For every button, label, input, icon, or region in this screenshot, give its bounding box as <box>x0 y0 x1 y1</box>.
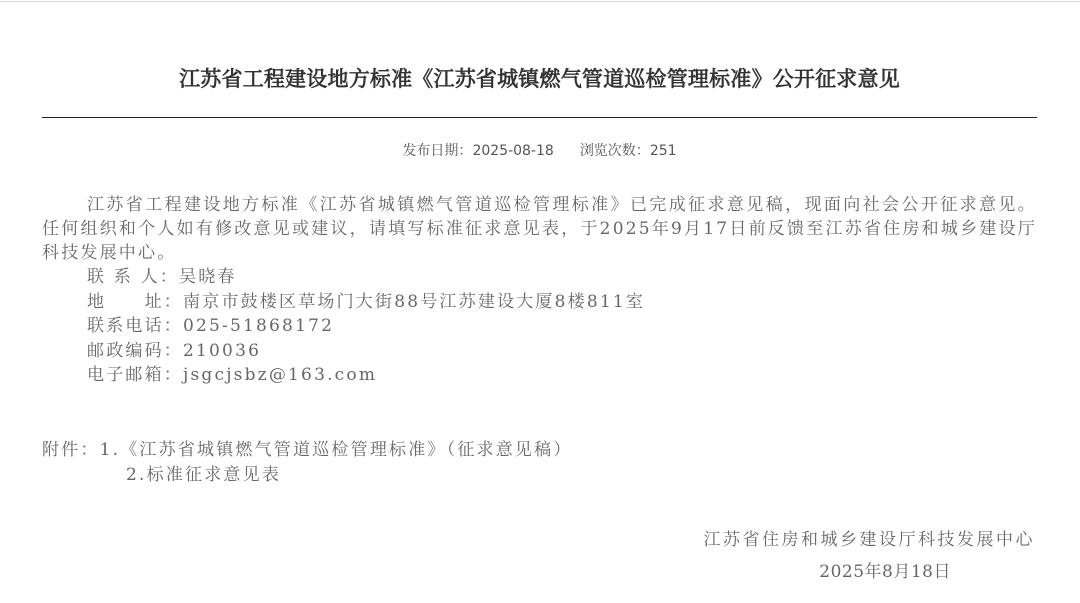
contact-person-row: 联 系 人：吴晓春 <box>87 265 1037 290</box>
contact-info: 联 系 人：吴晓春 地 址：南京市鼓楼区草场门大街88号江苏建设大厦8楼811室… <box>42 265 1037 388</box>
attachment-link-draft-standard[interactable]: 1.《江苏省城镇燃气管道巡检管理标准》（征求意见稿） <box>100 440 573 460</box>
email-label: 电子邮箱： <box>87 363 183 387</box>
postcode-label: 邮政编码： <box>87 339 183 363</box>
email-row: 电子邮箱：jsgcjsbz@163.com <box>87 363 1037 388</box>
views-count: 251 <box>650 143 677 159</box>
publish-date-label: 发布日期： <box>402 143 472 159</box>
contact-person-value: 吴晓春 <box>179 267 237 287</box>
signature: 江苏省住房和城乡建设厅科技发展中心 2025年8月18日 <box>704 528 1036 584</box>
body-paragraph: 江苏省工程建设地方标准《江苏省城镇燃气管道巡检管理标准》已完成征求意见稿，现面向… <box>42 193 1037 265</box>
postcode-value: 210036 <box>183 341 261 361</box>
address-value: 南京市鼓楼区草场门大街88号江苏建设大厦8楼811室 <box>183 292 645 312</box>
postcode-row: 邮政编码：210036 <box>87 339 1037 364</box>
article-meta: 发布日期：2025-08-18浏览次数：251 <box>42 140 1037 162</box>
publish-date: 2025-08-18 <box>472 143 553 159</box>
article-title: 江苏省工程建设地方标准《江苏省城镇燃气管道巡检管理标准》公开征求意见 <box>42 64 1037 94</box>
contact-person-label: 联 系 人： <box>87 265 179 289</box>
attachments-label: 附件： <box>42 440 100 460</box>
signature-date: 2025年8月18日 <box>704 560 1036 584</box>
phone-value: 025-51868172 <box>183 316 334 336</box>
phone-row: 联系电话：025-51868172 <box>87 314 1037 339</box>
top-border <box>0 1 1080 2</box>
address-row: 地 址：南京市鼓楼区草场门大街88号江苏建设大厦8楼811室 <box>87 290 1037 315</box>
attachment-link-feedback-form[interactable]: 2.标准征求意见表 <box>126 465 281 485</box>
attachment-row-2: 2.标准征求意见表 <box>42 463 1037 488</box>
address-label: 地 址： <box>87 290 183 314</box>
phone-label: 联系电话： <box>87 314 183 338</box>
article-body: 江苏省工程建设地方标准《江苏省城镇燃气管道巡检管理标准》已完成征求意见稿，现面向… <box>42 193 1037 388</box>
attachment-row-1: 附件：1.《江苏省城镇燃气管道巡检管理标准》（征求意见稿） <box>42 438 1037 463</box>
title-divider <box>42 117 1037 118</box>
attachments: 附件：1.《江苏省城镇燃气管道巡检管理标准》（征求意见稿） 2.标准征求意见表 <box>42 438 1037 488</box>
email-value: jsgcjsbz@163.com <box>183 365 377 385</box>
views-label: 浏览次数： <box>580 143 650 159</box>
signature-organization: 江苏省住房和城乡建设厅科技发展中心 <box>704 528 1036 552</box>
